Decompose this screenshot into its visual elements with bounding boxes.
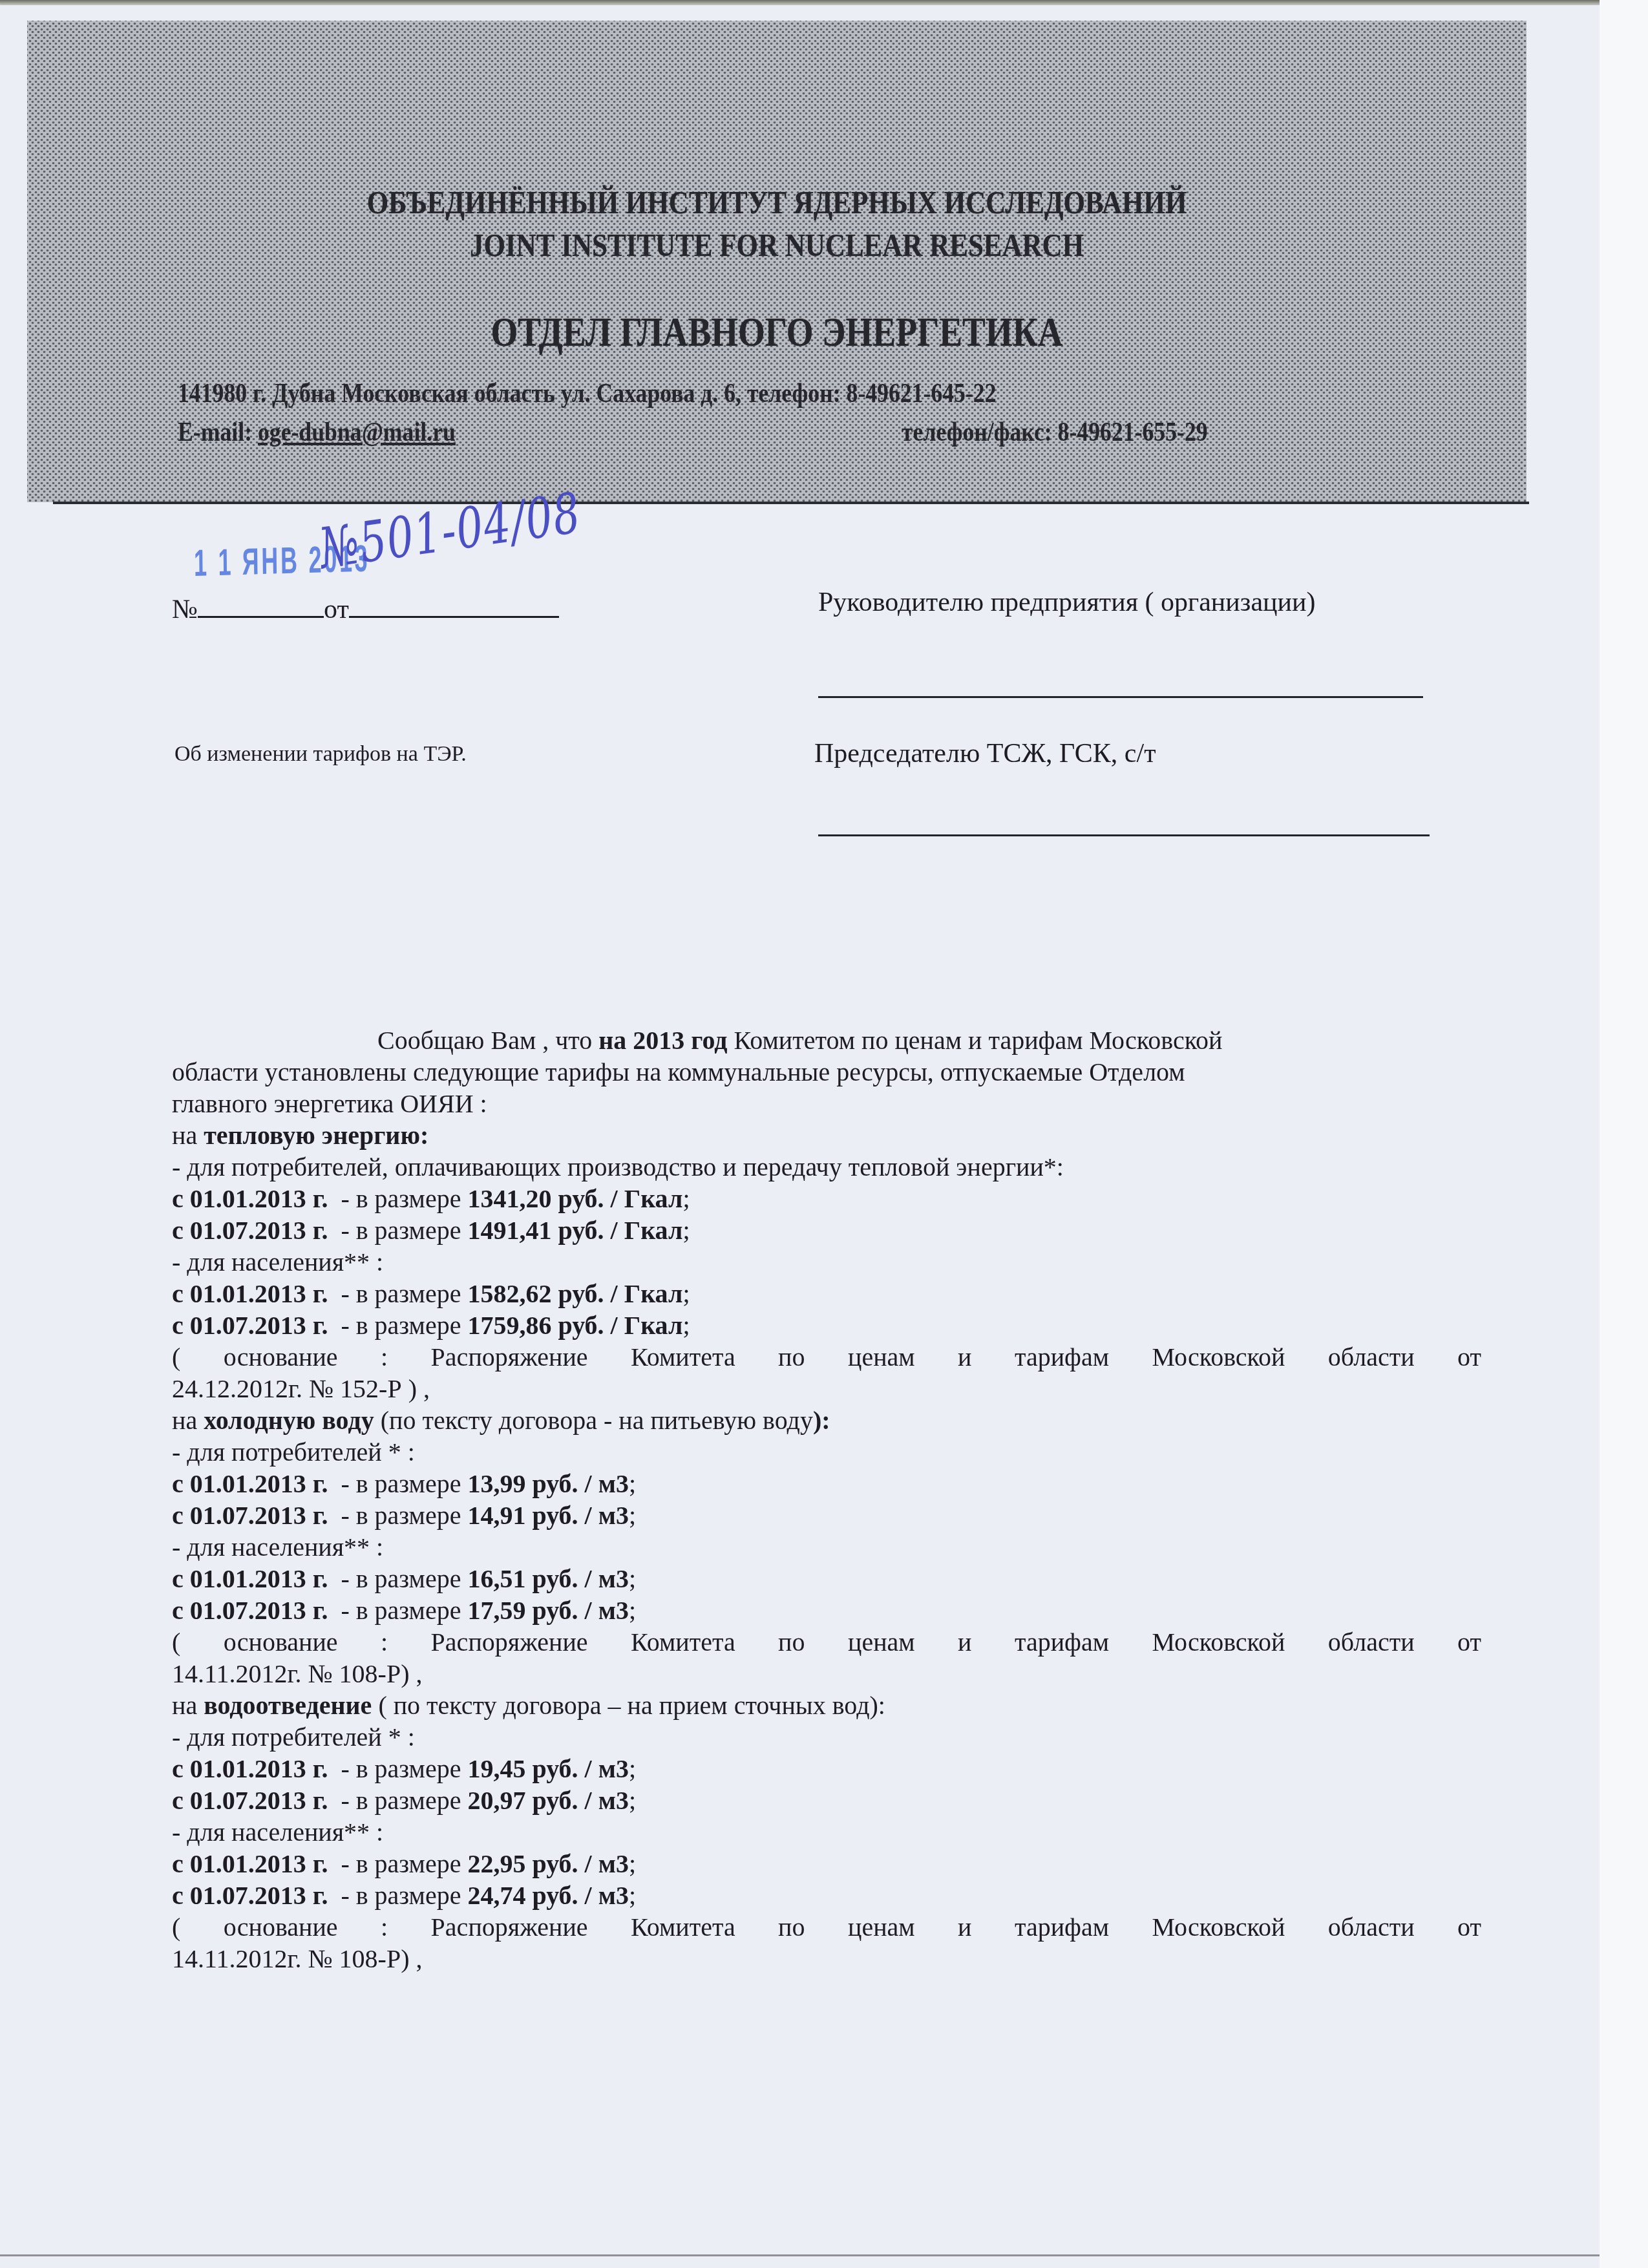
tariff-rate-row: с 01.01.2013 г. - в размере 1582,62 руб.… bbox=[172, 1278, 1481, 1309]
section-prefix: на bbox=[172, 1406, 204, 1435]
rate-unit: руб. / м3 bbox=[525, 1501, 629, 1530]
rate-text: - в размере bbox=[328, 1279, 467, 1308]
tariff-rate-row: с 01.07.2013 г. - в размере 17,59 руб. /… bbox=[172, 1595, 1481, 1626]
section-prefix: на bbox=[172, 1121, 204, 1150]
tariff-rate-row: с 01.01.2013 г. - в размере 19,45 руб. /… bbox=[172, 1753, 1481, 1785]
rate-end: ; bbox=[682, 1279, 690, 1308]
rate-value: 22,95 bbox=[467, 1849, 525, 1878]
scan-top-edge bbox=[0, 0, 1648, 5]
resource-name: тепловую энергию: bbox=[204, 1121, 428, 1150]
effective-date: с 01.01.2013 г. bbox=[172, 1564, 328, 1593]
tariff-rate-row: с 01.07.2013 г. - в размере 24,74 руб. /… bbox=[172, 1880, 1481, 1911]
rate-value: 1582,62 bbox=[467, 1279, 551, 1308]
basis-line: ( основание : Распоряжение Комитета по ц… bbox=[172, 1341, 1481, 1373]
recipient-chairman-blank bbox=[818, 834, 1430, 836]
rate-value: 16,51 bbox=[467, 1564, 525, 1593]
rate-value: 1759,86 bbox=[467, 1311, 551, 1340]
basis-reference: 24.12.2012г. № 152-Р ) , bbox=[172, 1373, 1481, 1404]
intro-year: на 2013 год bbox=[598, 1026, 727, 1055]
intro-line-3: главного энергетика ОИЯИ : bbox=[172, 1088, 1481, 1119]
tariff-rate-row: с 01.07.2013 г. - в размере 14,91 руб. /… bbox=[172, 1500, 1481, 1531]
rate-unit: руб. / м3 bbox=[525, 1564, 629, 1593]
rate-end: ; bbox=[629, 1501, 636, 1530]
resource-note: ( по тексту договора – на прием сточных … bbox=[372, 1691, 885, 1720]
rate-end: ; bbox=[629, 1786, 636, 1815]
consumer-group-label: - для населения** : bbox=[172, 1246, 1481, 1278]
date-blank bbox=[349, 591, 559, 618]
rate-text: - в размере bbox=[328, 1469, 467, 1498]
rate-text: - в размере bbox=[328, 1881, 467, 1910]
effective-date: с 01.01.2013 г. bbox=[172, 1184, 328, 1213]
section-prefix: на bbox=[172, 1691, 204, 1720]
rate-text: - в размере bbox=[328, 1311, 467, 1340]
recipient-head-blank bbox=[818, 696, 1423, 698]
rate-end: ; bbox=[629, 1469, 636, 1498]
email-row: E-mail: oge-dubna@mail.ru bbox=[178, 417, 456, 448]
effective-date: с 01.01.2013 г. bbox=[172, 1279, 328, 1308]
email-label: E-mail: bbox=[178, 418, 258, 447]
tariff-rate-row: с 01.01.2013 г. - в размере 22,95 руб. /… bbox=[172, 1848, 1481, 1880]
from-label: от bbox=[324, 595, 349, 624]
number-blank bbox=[198, 591, 324, 618]
rate-value: 19,45 bbox=[467, 1754, 525, 1783]
rate-unit: руб. / м3 bbox=[525, 1881, 629, 1910]
tariff-sections: на тепловую энергию:- для потребителей, … bbox=[172, 1119, 1481, 1975]
consumer-group-label: - для населения** : bbox=[172, 1816, 1481, 1848]
rate-end: ; bbox=[629, 1849, 636, 1878]
rate-end: ; bbox=[629, 1754, 636, 1783]
email-link[interactable]: oge-dubna@mail.ru bbox=[258, 418, 456, 447]
effective-date: с 01.01.2013 г. bbox=[172, 1754, 328, 1783]
resource-name: холодную воду bbox=[204, 1406, 374, 1435]
basis-line: ( основание : Распоряжение Комитета по ц… bbox=[172, 1626, 1481, 1658]
rate-end: ; bbox=[682, 1184, 690, 1213]
rate-text: - в размере bbox=[328, 1786, 467, 1815]
recipient-head: Руководителю предприятия ( организации) bbox=[818, 587, 1315, 618]
rate-unit: руб. / м3 bbox=[525, 1469, 629, 1498]
basis-reference: 14.11.2012г. № 108-Р) , bbox=[172, 1943, 1481, 1975]
rate-value: 17,59 bbox=[467, 1596, 525, 1625]
rate-unit: руб. / м3 bbox=[525, 1596, 629, 1625]
effective-date: с 01.07.2013 г. bbox=[172, 1596, 328, 1625]
tariff-rate-row: с 01.07.2013 г. - в размере 20,97 руб. /… bbox=[172, 1785, 1481, 1816]
org-name-ru: ОБЪЕДИНЁННЫЙ ИНСТИТУТ ЯДЕРНЫХ ИССЛЕДОВАН… bbox=[132, 184, 1421, 221]
tariff-rate-row: с 01.07.2013 г. - в размере 1759,86 руб.… bbox=[172, 1309, 1481, 1341]
effective-date: с 01.07.2013 г. bbox=[172, 1216, 328, 1245]
rate-end: ; bbox=[629, 1881, 636, 1910]
effective-date: с 01.07.2013 г. bbox=[172, 1501, 328, 1530]
scan-right-margin bbox=[1600, 0, 1648, 2268]
intro-text: Комитетом по ценам и тарифам Московской bbox=[728, 1026, 1223, 1055]
rate-value: 24,74 bbox=[467, 1881, 525, 1910]
scan-bottom-edge bbox=[0, 2254, 1600, 2256]
rate-value: 1491,41 bbox=[467, 1216, 551, 1245]
org-name-en: JOINT INSTITUTE FOR NUCLEAR RESEARCH bbox=[132, 226, 1421, 264]
rate-unit: руб. / Гкал bbox=[551, 1311, 682, 1340]
resource-note: (по тексту договора - на питьевую воду bbox=[374, 1406, 813, 1435]
fax-line: телефон/факс: 8-49621-655-29 bbox=[902, 417, 1208, 448]
resource-name: водоотведение bbox=[204, 1691, 372, 1720]
consumer-group-label: - для потребителей, оплачивающих произво… bbox=[172, 1151, 1481, 1183]
section-heading: на водоотведение ( по тексту договора – … bbox=[172, 1690, 1481, 1721]
effective-date: с 01.01.2013 г. bbox=[172, 1469, 328, 1498]
effective-date: с 01.07.2013 г. bbox=[172, 1786, 328, 1815]
address-line: 141980 г. Дубна Московская область ул. С… bbox=[178, 378, 997, 409]
tariff-rate-row: с 01.07.2013 г. - в размере 1491,41 руб.… bbox=[172, 1214, 1481, 1246]
department-name: ОТДЕЛ ГЛАВНОГО ЭНЕРГЕТИКА bbox=[147, 308, 1407, 356]
section-heading: на холодную воду (по тексту договора - н… bbox=[172, 1404, 1481, 1436]
number-label: № bbox=[172, 595, 198, 624]
rate-text: - в размере bbox=[328, 1754, 467, 1783]
intro-text: Сообщаю Вам , что bbox=[377, 1026, 598, 1055]
effective-date: с 01.07.2013 г. bbox=[172, 1311, 328, 1340]
effective-date: с 01.07.2013 г. bbox=[172, 1881, 328, 1910]
rate-value: 13,99 bbox=[467, 1469, 525, 1498]
letter-body: Сообщаю Вам , что на 2013 год Комитетом … bbox=[172, 1024, 1481, 1975]
consumer-group-label: - для населения** : bbox=[172, 1531, 1481, 1563]
rate-value: 1341,20 bbox=[467, 1184, 551, 1213]
tariff-rate-row: с 01.01.2013 г. - в размере 13,99 руб. /… bbox=[172, 1468, 1481, 1500]
rate-text: - в размере bbox=[328, 1184, 467, 1213]
rate-text: - в размере bbox=[328, 1216, 467, 1245]
outgoing-number-field: №от bbox=[172, 591, 559, 625]
consumer-group-label: - для потребителей * : bbox=[172, 1721, 1481, 1753]
rate-unit: руб. / м3 bbox=[525, 1754, 629, 1783]
rate-unit: руб. / Гкал bbox=[551, 1216, 682, 1245]
rate-value: 20,97 bbox=[467, 1786, 525, 1815]
resource-note-end: ): bbox=[813, 1406, 830, 1435]
consumer-group-label: - для потребителей * : bbox=[172, 1436, 1481, 1468]
rate-text: - в размере bbox=[328, 1564, 467, 1593]
rate-unit: руб. / Гкал bbox=[551, 1184, 682, 1213]
rate-unit: руб. / Гкал bbox=[551, 1279, 682, 1308]
recipient-chairman: Председателю ТСЖ, ГСК, с/т bbox=[814, 738, 1156, 769]
tariff-rate-row: с 01.01.2013 г. - в размере 16,51 руб. /… bbox=[172, 1563, 1481, 1595]
effective-date: с 01.01.2013 г. bbox=[172, 1849, 328, 1878]
rate-unit: руб. / м3 bbox=[525, 1786, 629, 1815]
rate-end: ; bbox=[682, 1311, 690, 1340]
rate-value: 14,91 bbox=[467, 1501, 525, 1530]
tariff-rate-row: с 01.01.2013 г. - в размере 1341,20 руб.… bbox=[172, 1183, 1481, 1214]
rate-end: ; bbox=[629, 1564, 636, 1593]
basis-reference: 14.11.2012г. № 108-Р) , bbox=[172, 1658, 1481, 1690]
subject-line: Об изменении тарифов на ТЭР. bbox=[174, 742, 467, 767]
intro-line-1: Сообщаю Вам , что на 2013 год Комитетом … bbox=[172, 1024, 1481, 1056]
basis-line: ( основание : Распоряжение Комитета по ц… bbox=[172, 1911, 1481, 1943]
rate-end: ; bbox=[629, 1596, 636, 1625]
rate-unit: руб. / м3 bbox=[525, 1849, 629, 1878]
rate-end: ; bbox=[682, 1216, 690, 1245]
rate-text: - в размере bbox=[328, 1849, 467, 1878]
section-heading: на тепловую энергию: bbox=[172, 1119, 1481, 1151]
intro-line-2: области установлены следующие тарифы на … bbox=[172, 1056, 1481, 1088]
rate-text: - в размере bbox=[328, 1501, 467, 1530]
rate-text: - в размере bbox=[328, 1596, 467, 1625]
